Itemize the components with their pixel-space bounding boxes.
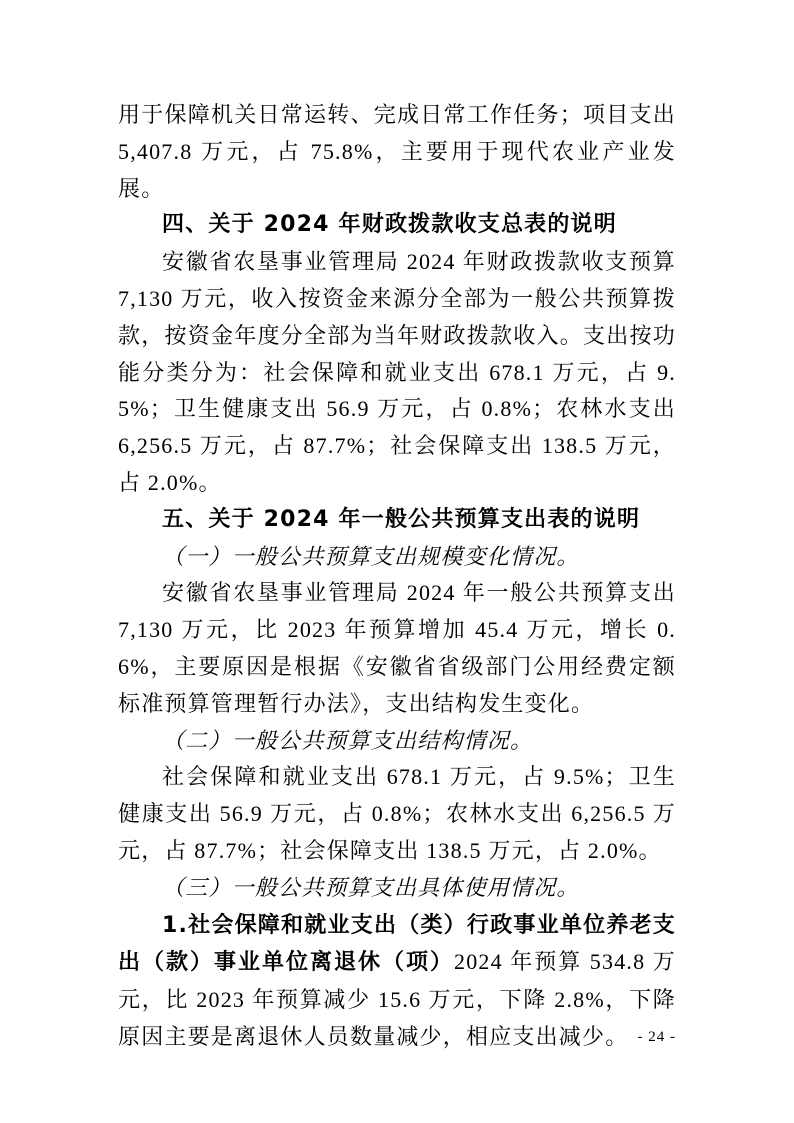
subheading-5-3: （三）一般公共预算支出具体使用情况。 [118, 870, 676, 907]
subheading-5-1: （一）一般公共预算支出规模变化情况。 [118, 539, 676, 576]
paragraph-continuation: 用于保障机关日常运转、完成日常工作任务；项目支出 5,407.8 万元，占 75… [118, 97, 676, 207]
section-heading-4: 四、关于 2024 年财政拨款收支总表的说明 [118, 207, 676, 244]
paragraph-section-4-body: 安徽省农垦事业管理局 2024 年财政拨款收支预算 7,130 万元，收入按资金… [118, 244, 676, 502]
document-body: 用于保障机关日常运转、完成日常工作任务；项目支出 5,407.8 万元，占 75… [118, 97, 676, 1056]
section-heading-5: 五、关于 2024 年一般公共预算支出表的说明 [118, 502, 676, 539]
paragraph-item-1: 1.社会保障和就业支出（类）行政事业单位养老支出（款）事业单位离退休（项）202… [118, 907, 676, 1056]
subheading-5-2: （二）一般公共预算支出结构情况。 [118, 723, 676, 760]
paragraph-5-1-body: 安徽省农垦事业管理局 2024 年一般公共预算支出 7,130 万元，比 202… [118, 575, 676, 722]
page-number: - 24 - [638, 1028, 677, 1046]
document-page: 用于保障机关日常运转、完成日常工作任务；项目支出 5,407.8 万元，占 75… [0, 0, 794, 1123]
paragraph-5-2-body: 社会保障和就业支出 678.1 万元，占 9.5%；卫生健康支出 56.9 万元… [118, 759, 676, 869]
